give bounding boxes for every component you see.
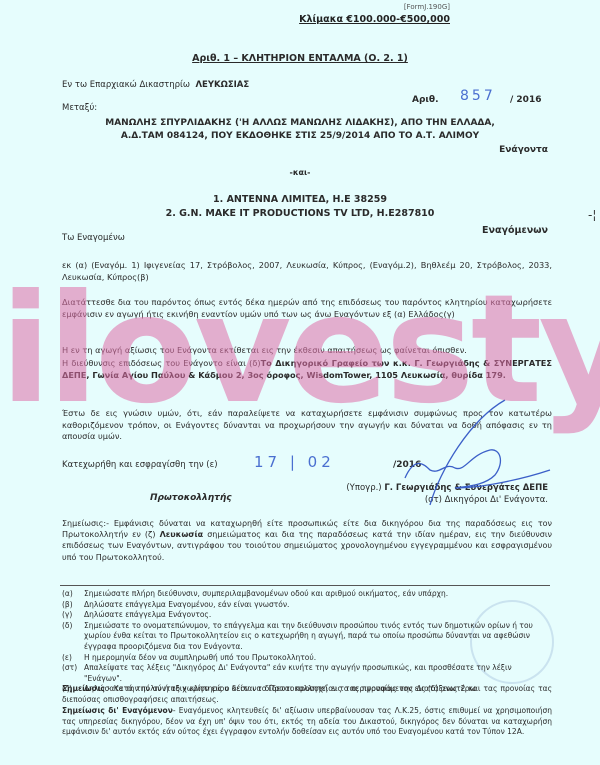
defendant-1: 1. ANTENNA ΛΙΜΙΤΕΔ, Η.Ε 38259 [0,193,600,207]
case-number-label: Αριθ. [412,95,439,105]
plaintiff-line-1: ΜΑΝΩΛΗΣ ΣΠΥΡΛΙΔΑΚΗΣ ('Η ΑΛΛΩΣ ΜΑΝΩΛΗΣ ΛΙ… [0,117,600,130]
plaintiff-role: Ενάγοντα [499,145,548,155]
order-paragraph: Διατάττεσθε δια του παρόντος όπως εντός … [62,297,552,320]
note-defendant: Σημείωσις δι' Εναγόμενον- Εναγόμενος κλη… [62,706,552,738]
defendant-2: 2. G.N. MAKE IT PRODUCTIONS TV LTD, H.E2… [0,207,600,221]
footnote: (α)Σημειώσατε πλήρη διεύθυνσιν, συμπεριλ… [62,589,552,600]
plaintiff-block: ΜΑΝΩΛΗΣ ΣΠΥΡΛΙΔΑΚΗΣ ('Η ΑΛΛΩΣ ΜΑΝΩΛΗΣ ΛΙ… [0,117,600,143]
notes-paragraph: Σημείωσις:- Εμφάνισις δύναται να καταχωρ… [62,518,552,563]
registration-date-handwritten: 17 | 02 [254,453,335,471]
form-code: [FormJ.190G] [404,3,450,11]
service-address-paragraph: Η διεύθυνσις επιδόσεως του Ενάγοντο είνα… [62,357,552,381]
footnote: (στ)Απαλείψατε τας λέξεις "Δικηγόρος Δι'… [62,663,552,684]
note-defendant-label: Σημείωσις δι' Εναγόμενον [62,706,173,715]
notes-city: Λευκωσία [160,530,204,539]
claim-scale: Κλίμακα €100.000-€500,000 [299,14,450,25]
signature-role: (στ) Δικηγόροι Δι' Ενάγοντα. [425,495,548,505]
crosshair-icon: -¦ [588,208,596,222]
service-address-prefix: Η διεύθυνσις επιδόσεως του Ενάγοντο είνα… [62,358,261,368]
case-number-handwritten: 857 [460,88,496,104]
court-prefix: Εν τω Επαρχιακώ Δικαστηρίω [62,80,190,90]
defendants-role: Εναγόμενων [482,225,548,236]
signature-prefix: (Υπογρ.) [346,483,381,493]
plaintiff-line-2: Α.Δ.ΤΑΜ 084124, ΠΟΥ ΕΚΔΟΘΗΚΕ ΣΤΙΣ 25/9/2… [0,130,600,143]
footnote: (β)Δηλώσατε επάγγελμα Εναγομένου, εάν εί… [62,600,552,611]
and-separator: -και- [0,168,600,177]
signature-firm: (Υπογρ.) Γ. Γεωργιάδης & Συνεργάτες ΔΕΠΕ [346,483,548,493]
case-year: / 2016 [510,95,541,105]
warning-paragraph: Έστω δε εις γνώσιν υμών, ότι, εάν παραλε… [62,408,552,443]
footnote: (δ)Σημειώσατε το ονοματεπώνυμον, το επάγ… [62,621,552,653]
document-title: Αριθ. 1 – ΚΛΗΤΗΡΙΟΝ ΕΝΤΑΛΜΑ (Ο. 2. 1) [0,53,600,64]
defendant-addresses: εκ (α) (Εναγόμ. 1) Ιφιγενείας 17, Στρόβο… [62,260,552,283]
between-label: Μεταξύ: [62,103,97,113]
note-drafting-label: Σημείωσις [62,684,105,693]
footnote: (γ)Δηλώσατε επάγγελμα Ενάγοντος. [62,610,552,621]
signature-firm-name: Γ. Γεωργιάδης & Συνεργάτες ΔΕΠΕ [384,483,548,493]
divider [60,585,550,586]
registrar-label: Πρωτοκολλητής [150,493,232,503]
footnotes-list: (α)Σημειώσατε πλήρη διεύθυνσιν, συμπεριλ… [62,589,552,695]
note-drafting-text: - Κατά την σύνταξιν κλητηρίου δέον να δί… [62,684,552,704]
footnote: (ε)Η ημερομηνία δέον να συμπληρωθή υπό τ… [62,653,552,664]
defendants-block: 1. ANTENNA ΛΙΜΙΤΕΔ, Η.Ε 38259 2. G.N. MA… [0,193,600,221]
registration-year: /2016 [393,460,421,470]
court-line: Εν τω Επαρχιακώ Δικαστηρίω ΛΕΥΚΩΣΙΑΣ [62,80,249,90]
claim-line: Η εν τη αγωγή αξίωσις του Ενάγοντα εκτίθ… [62,345,552,357]
to-defendant-label: Τω Εναγομένω [62,233,125,243]
court-name: ΛΕΥΚΩΣΙΑΣ [195,80,249,90]
registration-label: Κατεχωρήθη και εσφραγίσθη την (ε) [62,460,218,470]
court-summons-document: [FormJ.190G] Κλίμακα €100.000-€500,000 Α… [0,0,600,765]
note-drafting: Σημείωσις - Κατά την σύνταξιν κλητηρίου … [62,684,552,705]
